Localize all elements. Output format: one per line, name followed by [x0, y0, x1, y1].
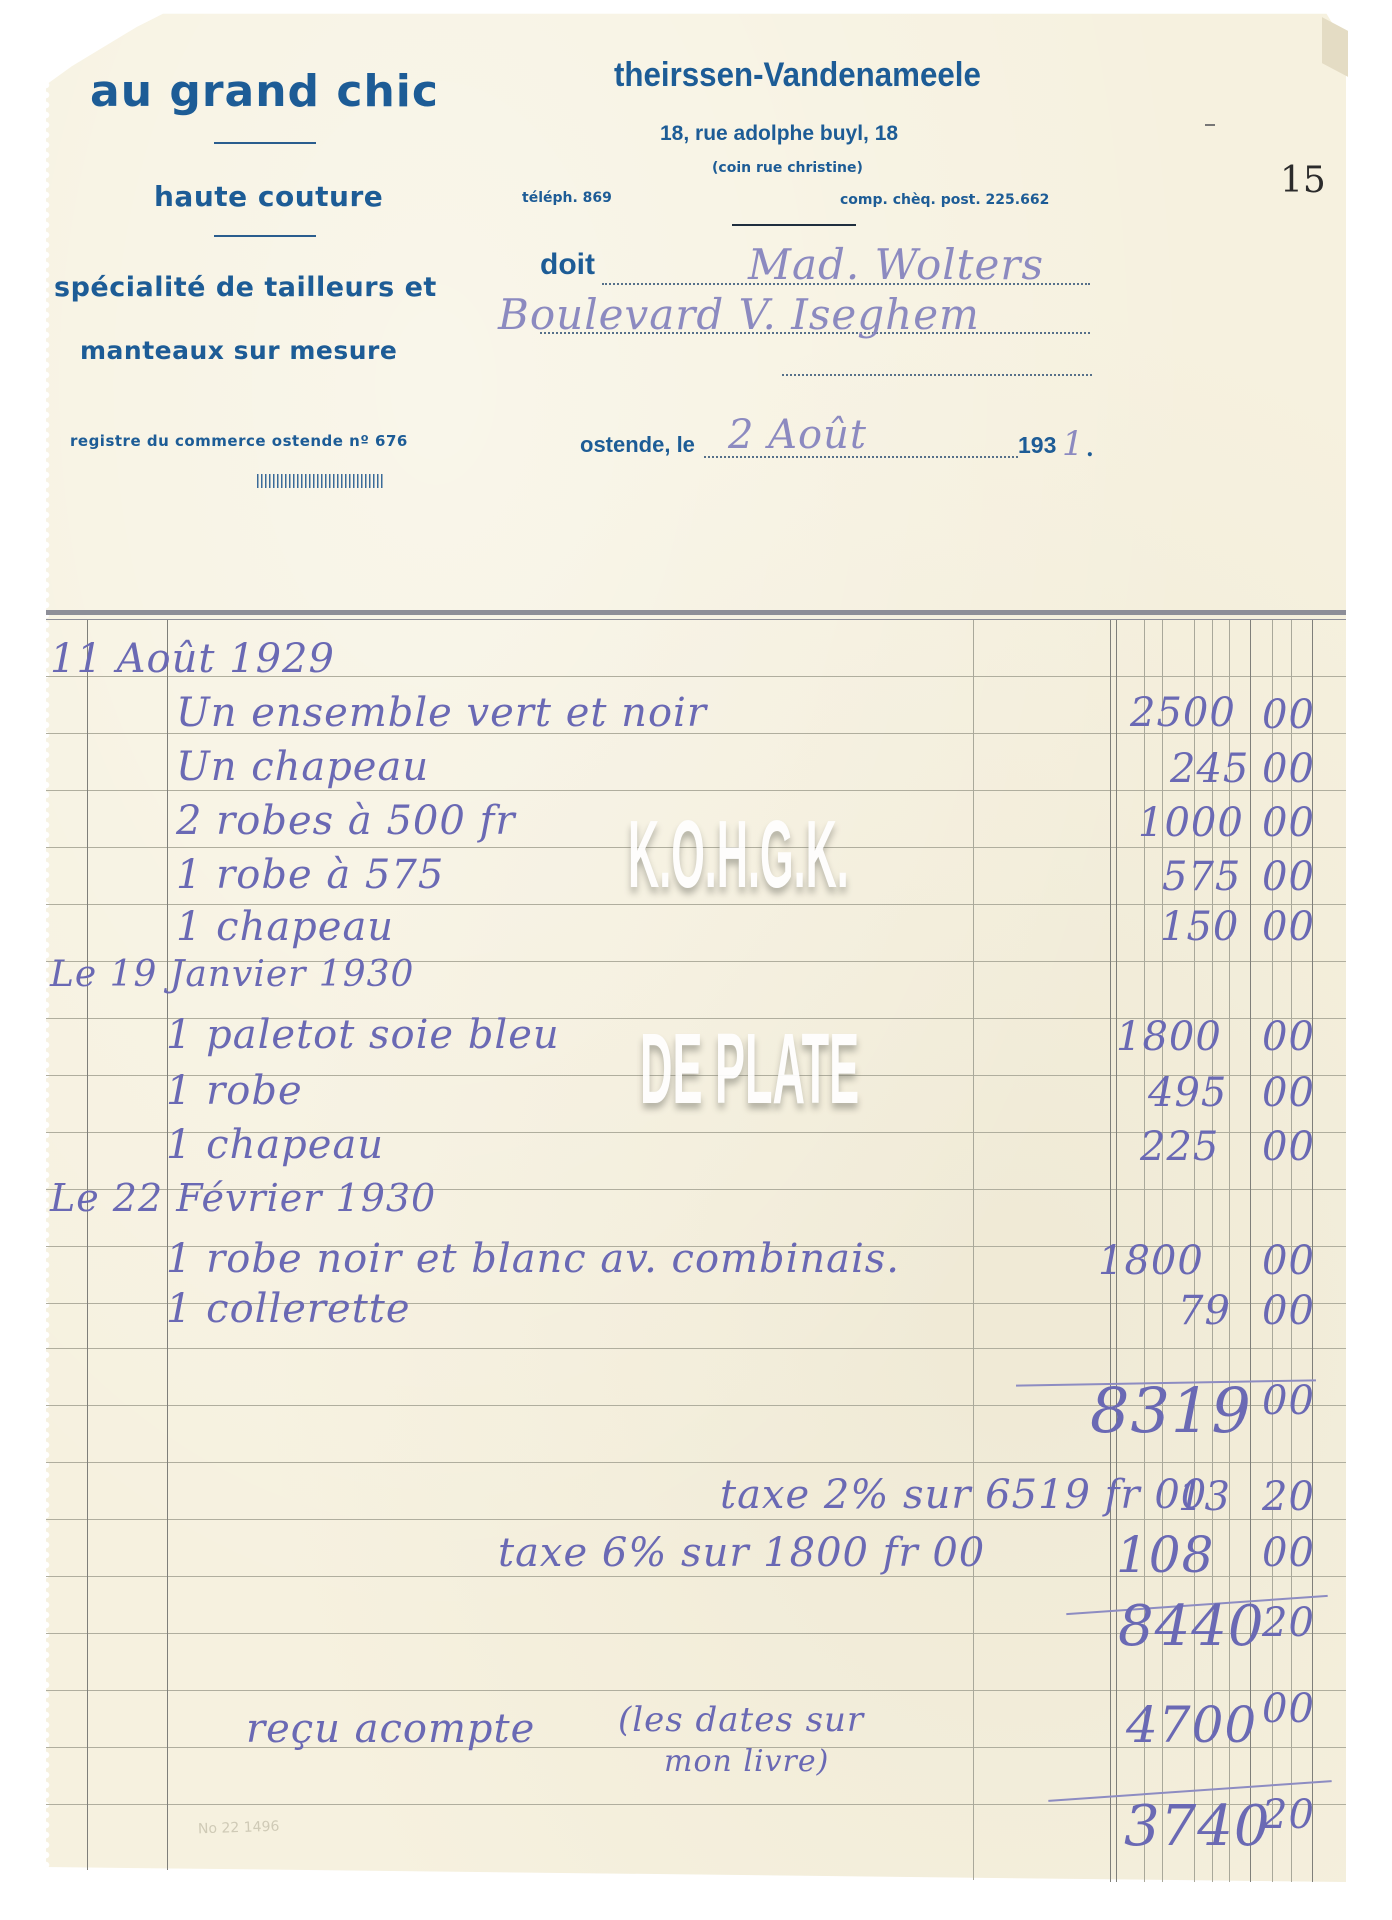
entry-date: Le 22 Février 1930 [50, 1176, 436, 1220]
entry-description: 2 robes à 500 fr [176, 798, 515, 844]
year-period: . [1086, 436, 1094, 462]
entry-cents: 00 [1262, 746, 1315, 792]
divider [214, 142, 316, 144]
entry-francs: 245 [1170, 746, 1249, 792]
entry-date: Le 19 Janvier 1930 [50, 954, 414, 995]
payment-note-line-2: mon livre) [664, 1744, 829, 1779]
divider [214, 235, 316, 237]
doit-label: doit [540, 248, 595, 282]
entry-francs: 79 [1178, 1288, 1231, 1334]
faint-stamp: No 22 1496 [198, 1819, 280, 1838]
entry-description: 1 robe noir et blanc av. combinais. [166, 1236, 900, 1282]
dash-mark [1205, 124, 1215, 126]
entry-date: 11 Août 1929 [50, 636, 335, 682]
subtotal-francs: 8319 [1090, 1374, 1252, 1447]
entry-cents: 00 [1262, 904, 1315, 950]
total-cents: 20 [1262, 1600, 1315, 1646]
entry-description: 1 collerette [166, 1286, 411, 1332]
entry-description: 1 paletot soie bleu [166, 1012, 560, 1058]
entry-cents: 00 [1262, 692, 1315, 738]
commerce-registry: registre du commerce ostende nº 676 [70, 432, 408, 450]
customer-line-3 [782, 374, 1092, 376]
entry-description: 1 chapeau [176, 904, 394, 950]
tax-line-label: taxe 2% sur 6519 fr 00 [720, 1472, 1207, 1518]
entry-description: 1 chapeau [166, 1122, 384, 1168]
postal-cheque-account: comp. chèq. post. 225.662 [840, 192, 1049, 208]
ledger-top-rule-thin [46, 619, 1346, 620]
entry-cents: 00 [1262, 1014, 1315, 1060]
shop-name: au grand chic [90, 66, 439, 117]
entry-cents: 00 [1262, 1070, 1315, 1116]
payment-note-line-1: (les dates sur [618, 1700, 864, 1740]
tagline-manteaux: manteaux sur mesure [80, 336, 397, 365]
entry-description: Un chapeau [176, 744, 429, 790]
entry-cents: 00 [1262, 1288, 1315, 1334]
entry-francs: 495 [1148, 1070, 1227, 1116]
entry-francs: 225 [1140, 1124, 1219, 1170]
entry-description: Un ensemble vert et noir [176, 690, 707, 736]
subtotal-cents: 00 [1262, 1378, 1315, 1424]
entry-cents: 00 [1262, 800, 1315, 846]
entry-cents: 00 [1262, 1124, 1315, 1170]
balance-francs: 3740 [1124, 1794, 1271, 1859]
address-corner: (coin rue christine) [712, 160, 863, 176]
total-francs: 8440 [1118, 1594, 1265, 1659]
entry-description: 1 robe à 575 [176, 852, 444, 898]
entry-francs: 575 [1162, 854, 1241, 900]
balance-cents: 20 [1262, 1792, 1315, 1838]
proprietor-name: theirssen-Vandenameele [614, 56, 981, 95]
watermark-kohgk: K.O.H.G.K. [628, 800, 849, 910]
tagline-specialite: spécialité de tailleurs et [54, 272, 437, 303]
entry-description: 1 robe [166, 1068, 303, 1114]
tax-line-francs: 13 [1178, 1474, 1231, 1520]
place-label: ostende, le [580, 432, 695, 458]
tax-line-cents: 00 [1262, 1530, 1315, 1576]
watermark-de-plate: DE PLATE [640, 1012, 859, 1127]
decorative-hatch [257, 474, 383, 488]
entry-cents: 00 [1262, 1238, 1315, 1284]
tax-line-francs: 108 [1116, 1526, 1214, 1584]
customer-address: Boulevard V. Iseghem [498, 290, 980, 339]
entry-francs: 150 [1160, 904, 1239, 950]
ledger-top-rule [46, 610, 1346, 615]
invoice-number: 15 [1280, 160, 1326, 201]
payment-francs: 4700 [1126, 1696, 1257, 1754]
entry-cents: 00 [1262, 854, 1315, 900]
entry-francs: 1800 [1116, 1014, 1222, 1060]
entry-francs: 1800 [1098, 1238, 1204, 1284]
payment-cents: 00 [1262, 1686, 1315, 1732]
year-suffix: 1 [1062, 424, 1085, 464]
invoice-date: 2 Août [728, 412, 867, 458]
tagline-haute-couture: haute couture [154, 180, 383, 213]
tax-line-label: taxe 6% sur 1800 fr 00 [498, 1530, 985, 1576]
year-prefix: 193 [1018, 432, 1056, 459]
shop-address: 18, rue adolphe buyl, 18 [660, 122, 898, 146]
tax-line-cents: 20 [1262, 1474, 1315, 1520]
divider [732, 224, 856, 226]
payment-label: reçu acompte [246, 1706, 535, 1752]
phone-number: téléph. 869 [522, 190, 612, 206]
entry-francs: 2500 [1130, 690, 1236, 736]
entry-francs: 1000 [1138, 800, 1244, 846]
customer-name: Mad. Wolters [748, 240, 1044, 289]
